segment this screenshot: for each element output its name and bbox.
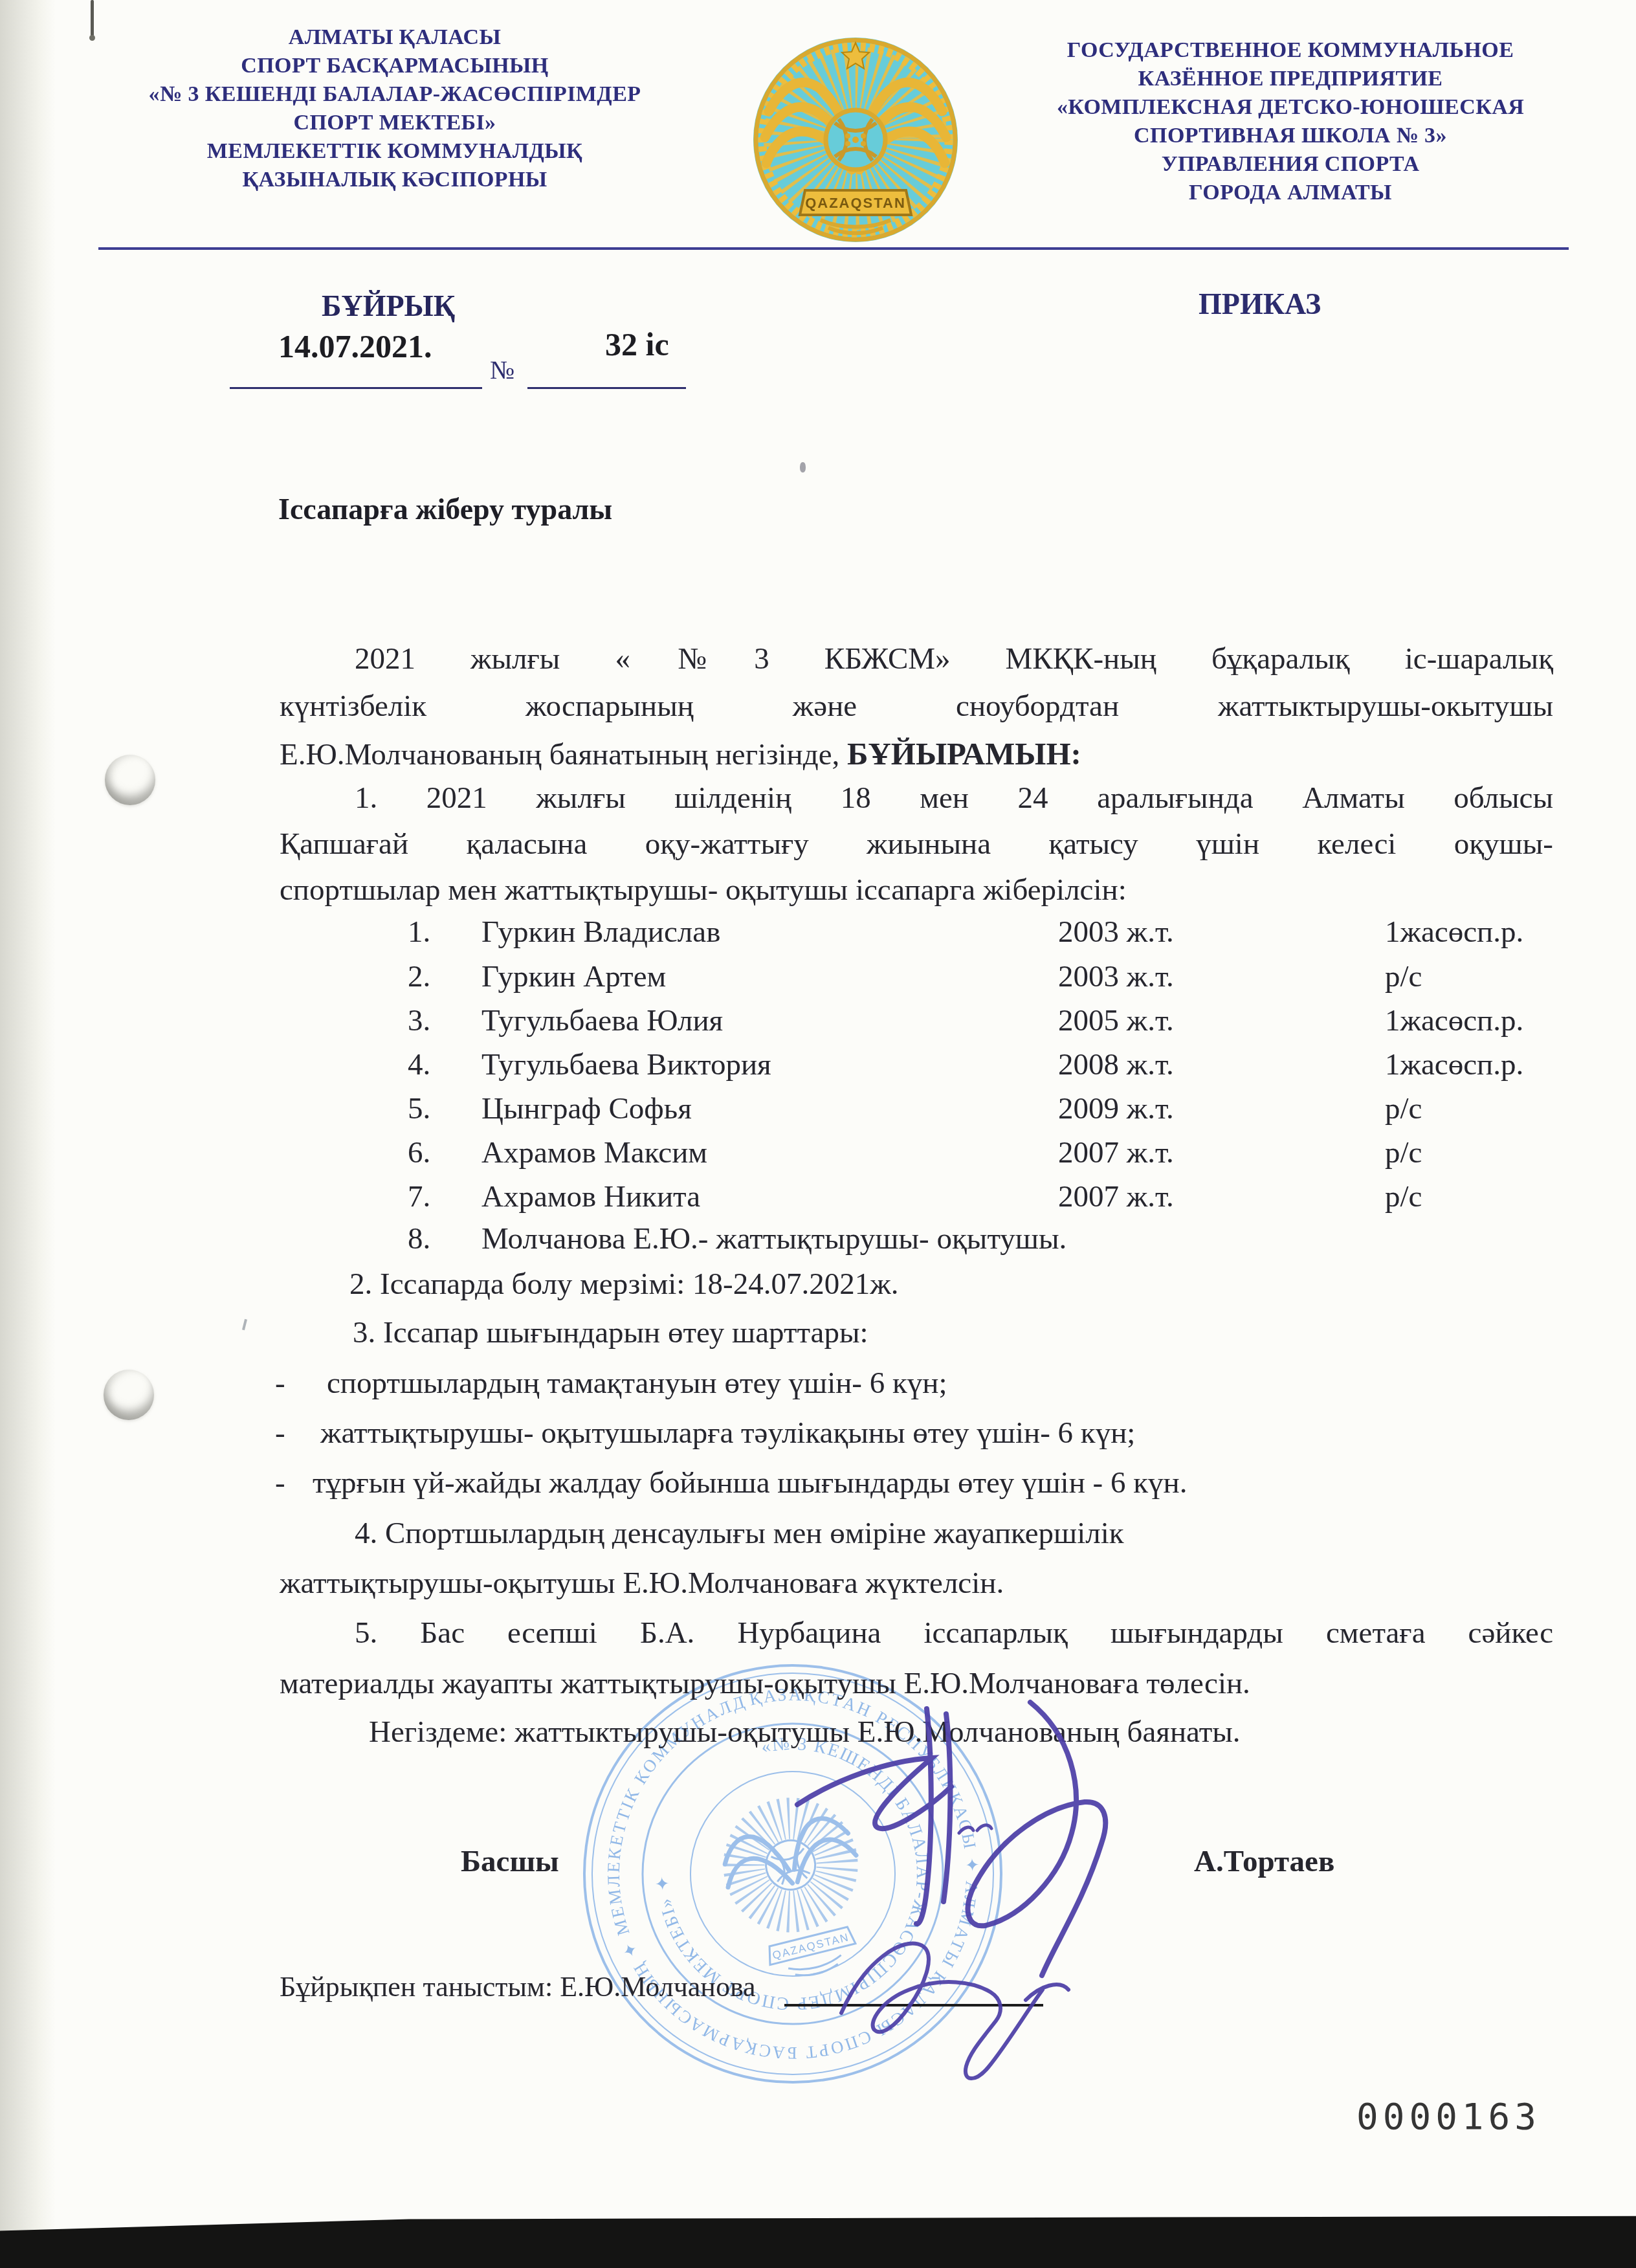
- page-number: 0000163: [1356, 2096, 1541, 2138]
- row-year: 2007 ж.т.: [1058, 1135, 1174, 1171]
- item1-line: спортшылар мен жаттықтырушы- оқытушы ісс…: [280, 873, 1127, 908]
- row-name: Ахрамов Максим: [481, 1135, 707, 1171]
- intro-line: Е.Ю.Молчанованың баянатының негізінде, Б…: [280, 735, 1081, 773]
- org-name-kazakh: АЛМАТЫ ҚАЛАСЫ СПОРТ БАСҚАРМАСЫНЫҢ «№ 3 К…: [110, 23, 680, 194]
- row-num: 6.: [408, 1135, 430, 1171]
- row-name: Цынграф Софья: [481, 1091, 692, 1127]
- row-num: 4.: [408, 1047, 430, 1083]
- scan-bottom-band: [0, 2215, 1636, 2268]
- row-rank: 1жасөсп.р.: [1385, 1003, 1523, 1039]
- org-name-ru-line: СПОРТИВНАЯ ШКОЛА № 3»: [1002, 122, 1579, 150]
- scanned-order-document: АЛМАТЫ ҚАЛАСЫ СПОРТ БАСҚАРМАСЫНЫҢ «№ 3 К…: [0, 0, 1636, 2268]
- org-name-russian: ГОСУДАРСТВЕННОЕ КОММУНАЛЬНОЕ КАЗЁННОЕ ПР…: [1002, 36, 1579, 207]
- item2-line: 2. Іссапарда болу мерзімі: 18-24.07.2021…: [349, 1267, 898, 1302]
- order-title-ru: ПРИКАЗ: [1199, 287, 1321, 321]
- header-divider: [98, 247, 1569, 250]
- bullet-dash: -: [275, 1465, 285, 1501]
- emblem-banner-text: QAZAQSTAN: [805, 195, 906, 211]
- item4-line: жаттықтырушы-оқытушы Е.Ю.Молчановаға жүк…: [280, 1566, 1004, 1601]
- row-name: Гуркин Владислав: [481, 915, 720, 950]
- org-name-ru-line: УПРАВЛЕНИЯ СПОРТА: [1002, 150, 1579, 179]
- hole-punch-top: [105, 755, 155, 805]
- row-year: 2008 ж.т.: [1058, 1047, 1174, 1083]
- intro-line: күнтізбелік жоспарының және сноубордтан …: [280, 689, 1553, 724]
- acknowledgement-label: Бұйрықпен таныстым: Е.Ю.Молчанова: [280, 1970, 756, 2003]
- intro-line3-text: Е.Ю.Молчанованың баянатының негізінде,: [280, 738, 847, 772]
- row-year: 2005 ж.т.: [1058, 1003, 1174, 1039]
- item1-line: Қапшағай қаласына оқу-жаттығу жиынына қа…: [280, 827, 1553, 862]
- row-rank: р/с: [1385, 959, 1422, 995]
- item4-line: 4. Спортшылардың денсаулығы мен өміріне …: [355, 1516, 1124, 1551]
- row-year: 2009 ж.т.: [1058, 1091, 1174, 1127]
- hole-punch-bottom: [104, 1370, 154, 1420]
- bullet-dash: -: [275, 1366, 285, 1401]
- staple-dot: [89, 35, 95, 41]
- org-name-kk-line: ҚАЗЫНАЛЫҚ КӘСІПОРНЫ: [110, 166, 680, 194]
- row-num: 5.: [408, 1091, 430, 1127]
- scan-left-edge: [0, 0, 56, 2268]
- org-name-kk-line: АЛМАТЫ ҚАЛАСЫ: [110, 23, 680, 52]
- row-name: Тугульбаева Юлия: [481, 1003, 723, 1039]
- row-name: Тугульбаева Виктория: [481, 1047, 771, 1083]
- org-name-kk-line: СПОРТ БАСҚАРМАСЫНЫҢ: [110, 52, 680, 80]
- order-verb: БҰЙЫРАМЫН:: [847, 736, 1081, 772]
- item1-line: 1. 2021 жылғы шілденің 18 мен 24 аралығы…: [355, 781, 1553, 816]
- order-title-kk: БҰЙРЫҚ: [322, 289, 455, 323]
- org-name-kk-line: СПОРТ МЕКТЕБІ»: [110, 109, 680, 137]
- org-name-ru-line: ГОРОДА АЛМАТЫ: [1002, 179, 1579, 207]
- acknowledgement-signature: [812, 1909, 1090, 2091]
- org-name-kk-line: МЕМЛЕКЕТТІК КОММУНАЛДЫҚ: [110, 137, 680, 166]
- org-name-ru-line: ГОСУДАРСТВЕННОЕ КОММУНАЛЬНОЕ: [1002, 36, 1579, 65]
- row-name: Молчанова Е.Ю.- жаттықтырушы- оқытушы.: [481, 1221, 1067, 1257]
- scan-speck: [800, 462, 806, 472]
- number-sign: №: [490, 355, 514, 385]
- bullet-line: спортшылардың тамақтануын өтеу үшін- 6 к…: [327, 1366, 947, 1401]
- number-underline: [527, 387, 686, 389]
- row-num: 2.: [408, 959, 430, 995]
- row-rank: 1жасөсп.р.: [1385, 1047, 1523, 1083]
- bullet-dash: -: [275, 1416, 285, 1451]
- row-rank: р/с: [1385, 1091, 1422, 1127]
- org-name-ru-line: «КОМПЛЕКСНАЯ ДЕТСКО-ЮНОШЕСКАЯ: [1002, 93, 1579, 122]
- org-name-kk-line: «№ 3 КЕШЕНДІ БАЛАЛАР-ЖАСӨСПІРІМДЕР: [110, 80, 680, 109]
- row-num: 3.: [408, 1003, 430, 1039]
- row-num: 1.: [408, 915, 430, 950]
- emblem-banner: QAZAQSTAN: [800, 190, 911, 215]
- subject-line: Іссапарға жіберу туралы: [278, 492, 612, 526]
- kazakhstan-emblem-icon: QAZAQSTAN: [749, 35, 962, 247]
- row-year: 2003 ж.т.: [1058, 915, 1174, 950]
- scan-speck: [242, 1319, 247, 1330]
- row-name: Ахрамов Никита: [481, 1179, 700, 1215]
- signer-name: А.Тортаев: [1194, 1844, 1334, 1880]
- intro-line: 2021 жылғы «№3 КБЖСМ» МКҚК-ның бұқаралық…: [355, 641, 1553, 677]
- row-num: 7.: [408, 1179, 430, 1215]
- staple-mark: [91, 0, 94, 38]
- date-underline: [230, 387, 482, 389]
- item5-line: 5. Бас есепші Б.А. Нурбацина іссапарлық …: [355, 1616, 1553, 1651]
- item3-line: 3. Іссапар шығындарын өтеу шарттары:: [353, 1315, 868, 1351]
- bullet-line: тұрғын үй-жайды жалдау бойынша шығындард…: [313, 1465, 1187, 1501]
- row-rank: р/с: [1385, 1179, 1422, 1215]
- row-year: 2003 ж.т.: [1058, 959, 1174, 995]
- row-num: 8.: [408, 1221, 430, 1257]
- row-rank: р/с: [1385, 1135, 1422, 1171]
- org-name-ru-line: КАЗЁННОЕ ПРЕДПРИЯТИЕ: [1002, 65, 1579, 93]
- order-number: 32 іс: [605, 326, 669, 363]
- order-date: 14.07.2021.: [278, 328, 432, 365]
- row-name: Гуркин Артем: [481, 959, 666, 995]
- row-year: 2007 ж.т.: [1058, 1179, 1174, 1215]
- row-rank: 1жасөсп.р.: [1385, 915, 1523, 950]
- signer-role: Басшы: [461, 1844, 559, 1880]
- bullet-line: жаттықтырушы- оқытушыларға тәулікақыны ө…: [320, 1416, 1135, 1451]
